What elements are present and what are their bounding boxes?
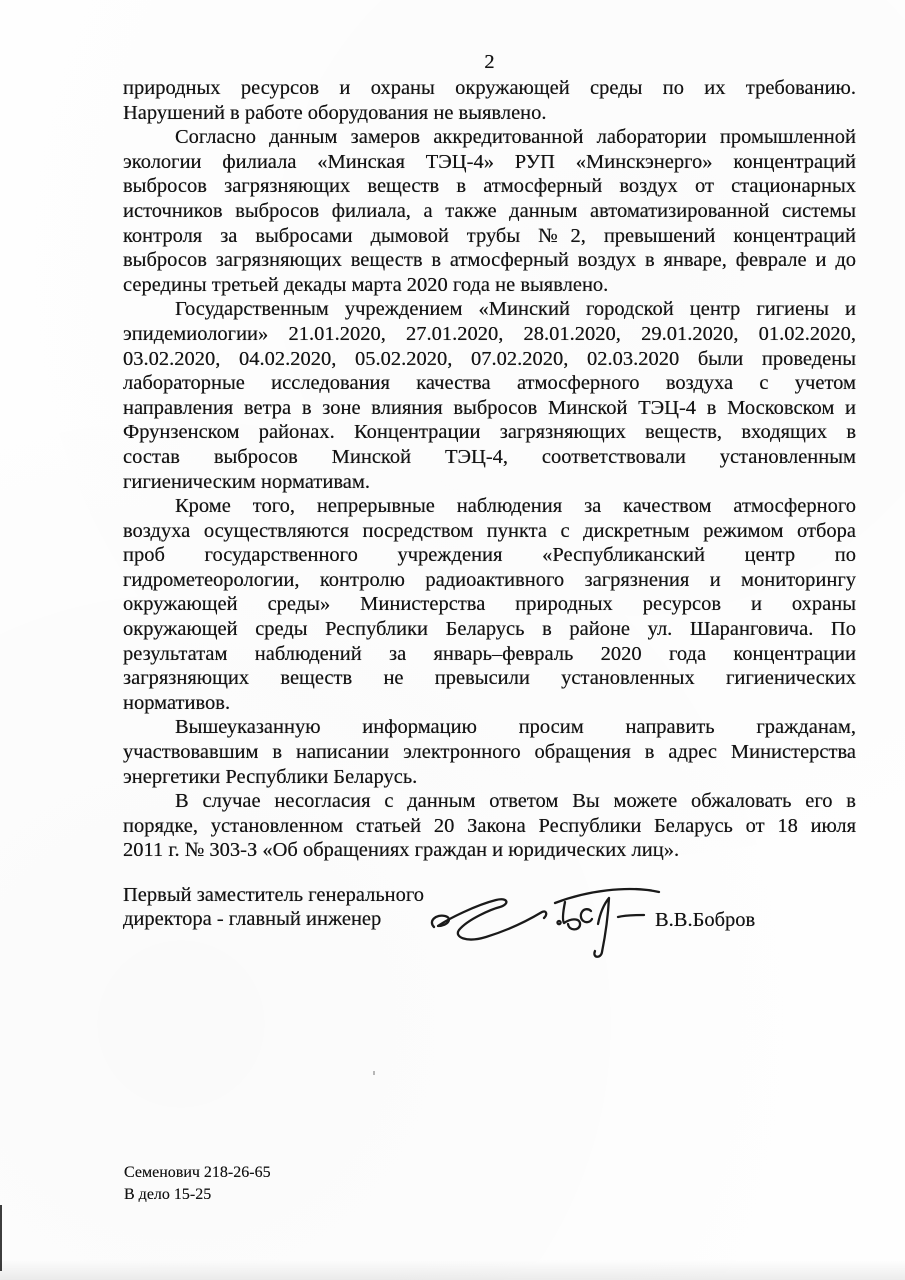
signatory-name: В.В.Бобров [655, 908, 755, 932]
signatory-position: Первый заместитель генеральногодиректора… [123, 884, 424, 931]
paragraph: Согласно данным замеров аккредитованной … [123, 125, 856, 297]
text-line: порядке, установленном статьей 20 Закона… [123, 814, 856, 839]
text-line: окружающей среды Республики Беларусь в р… [123, 617, 856, 642]
text-line: окружающей среды» Министерства природных… [123, 592, 856, 617]
paragraph: Вышеуказанную информацию просим направит… [123, 715, 856, 789]
text-line: выбросов загрязняющих веществ в атмосфер… [123, 174, 856, 199]
text-line: загрязняющих веществ не превысили устано… [123, 666, 856, 691]
text-line: Кроме того, непрерывные наблюдения за ка… [123, 494, 856, 519]
handwritten-signature-icon [428, 872, 668, 969]
footer-notes: Семенович 218-26-65В дело 15-25 [124, 1162, 271, 1205]
text-line: природных ресурсов и охраны окружающей с… [123, 76, 856, 101]
text-line: воздуха осуществляются посредством пункт… [123, 519, 856, 544]
paragraph: природных ресурсов и охраны окружающей с… [123, 76, 856, 125]
scanned-letter-page: 2 природных ресурсов и охраны окружающей… [0, 0, 905, 1280]
page-number: 2 [123, 50, 856, 74]
scan-bottom-shade [0, 1260, 905, 1280]
text-line: Нарушений в работе оборудования не выявл… [123, 101, 856, 126]
text-line: нормативов. [123, 691, 856, 716]
text-line: контроля за выбросами дымовой трубы №2, … [123, 224, 856, 249]
text-line: Первый заместитель генерального [123, 884, 424, 908]
text-line: эпидемиологии» 21.01.2020, 27.01.2020, 2… [123, 322, 856, 347]
text-line: Вышеуказанную информацию просим направит… [123, 715, 856, 740]
text-line: В случае несогласия с данным ответом Вы … [123, 789, 856, 814]
paragraph: В случае несогласия с данным ответом Вы … [123, 789, 856, 863]
text-line: участвовавшим в написании электронного о… [123, 740, 856, 765]
text-line: Государственным учреждением «Минский гор… [123, 297, 856, 322]
text-line: результатам наблюдений за январь–февраль… [123, 642, 856, 667]
text-line: 2011 г. № 303-З «Об обращениях граждан и… [123, 838, 856, 863]
text-line: источников выбросов филиала, а также дан… [123, 199, 856, 224]
text-line: гигиеническим нормативам. [123, 470, 856, 495]
text-line: энергетики Республики Беларусь. [123, 765, 856, 790]
letter-body: природных ресурсов и охраны окружающей с… [123, 76, 856, 863]
paragraph: Кроме того, непрерывные наблюдения за ка… [123, 494, 856, 715]
text-line: Согласно данным замеров аккредитованной … [123, 125, 856, 150]
text-line: середины третьей декады марта 2020 года … [123, 273, 856, 298]
text-line: проб государственного учреждения «Респуб… [123, 543, 856, 568]
text-line: директора - главный инженер [123, 908, 424, 932]
text-line: Фрунзенском районах. Концентрации загряз… [123, 420, 856, 445]
text-line: выбросов загрязняющих веществ в атмосфер… [123, 248, 856, 273]
scan-speck [373, 1071, 375, 1075]
text-line: экологии филиала «Минская ТЭЦ-4» РУП «Ми… [123, 150, 856, 175]
text-line: Семенович 218-26-65 [124, 1162, 271, 1184]
text-line: гидрометеорологии, контролю радиоактивно… [123, 568, 856, 593]
text-line: состав выбросов Минской ТЭЦ-4, соответст… [123, 445, 856, 470]
text-line: направления ветра в зоне влияния выбросо… [123, 396, 856, 421]
text-line: лабораторные исследования качества атмос… [123, 371, 856, 396]
text-line: 03.02.2020, 04.02.2020, 05.02.2020, 07.0… [123, 347, 856, 372]
text-line: В дело 15-25 [124, 1184, 271, 1206]
paragraph: Государственным учреждением «Минский гор… [123, 297, 856, 494]
